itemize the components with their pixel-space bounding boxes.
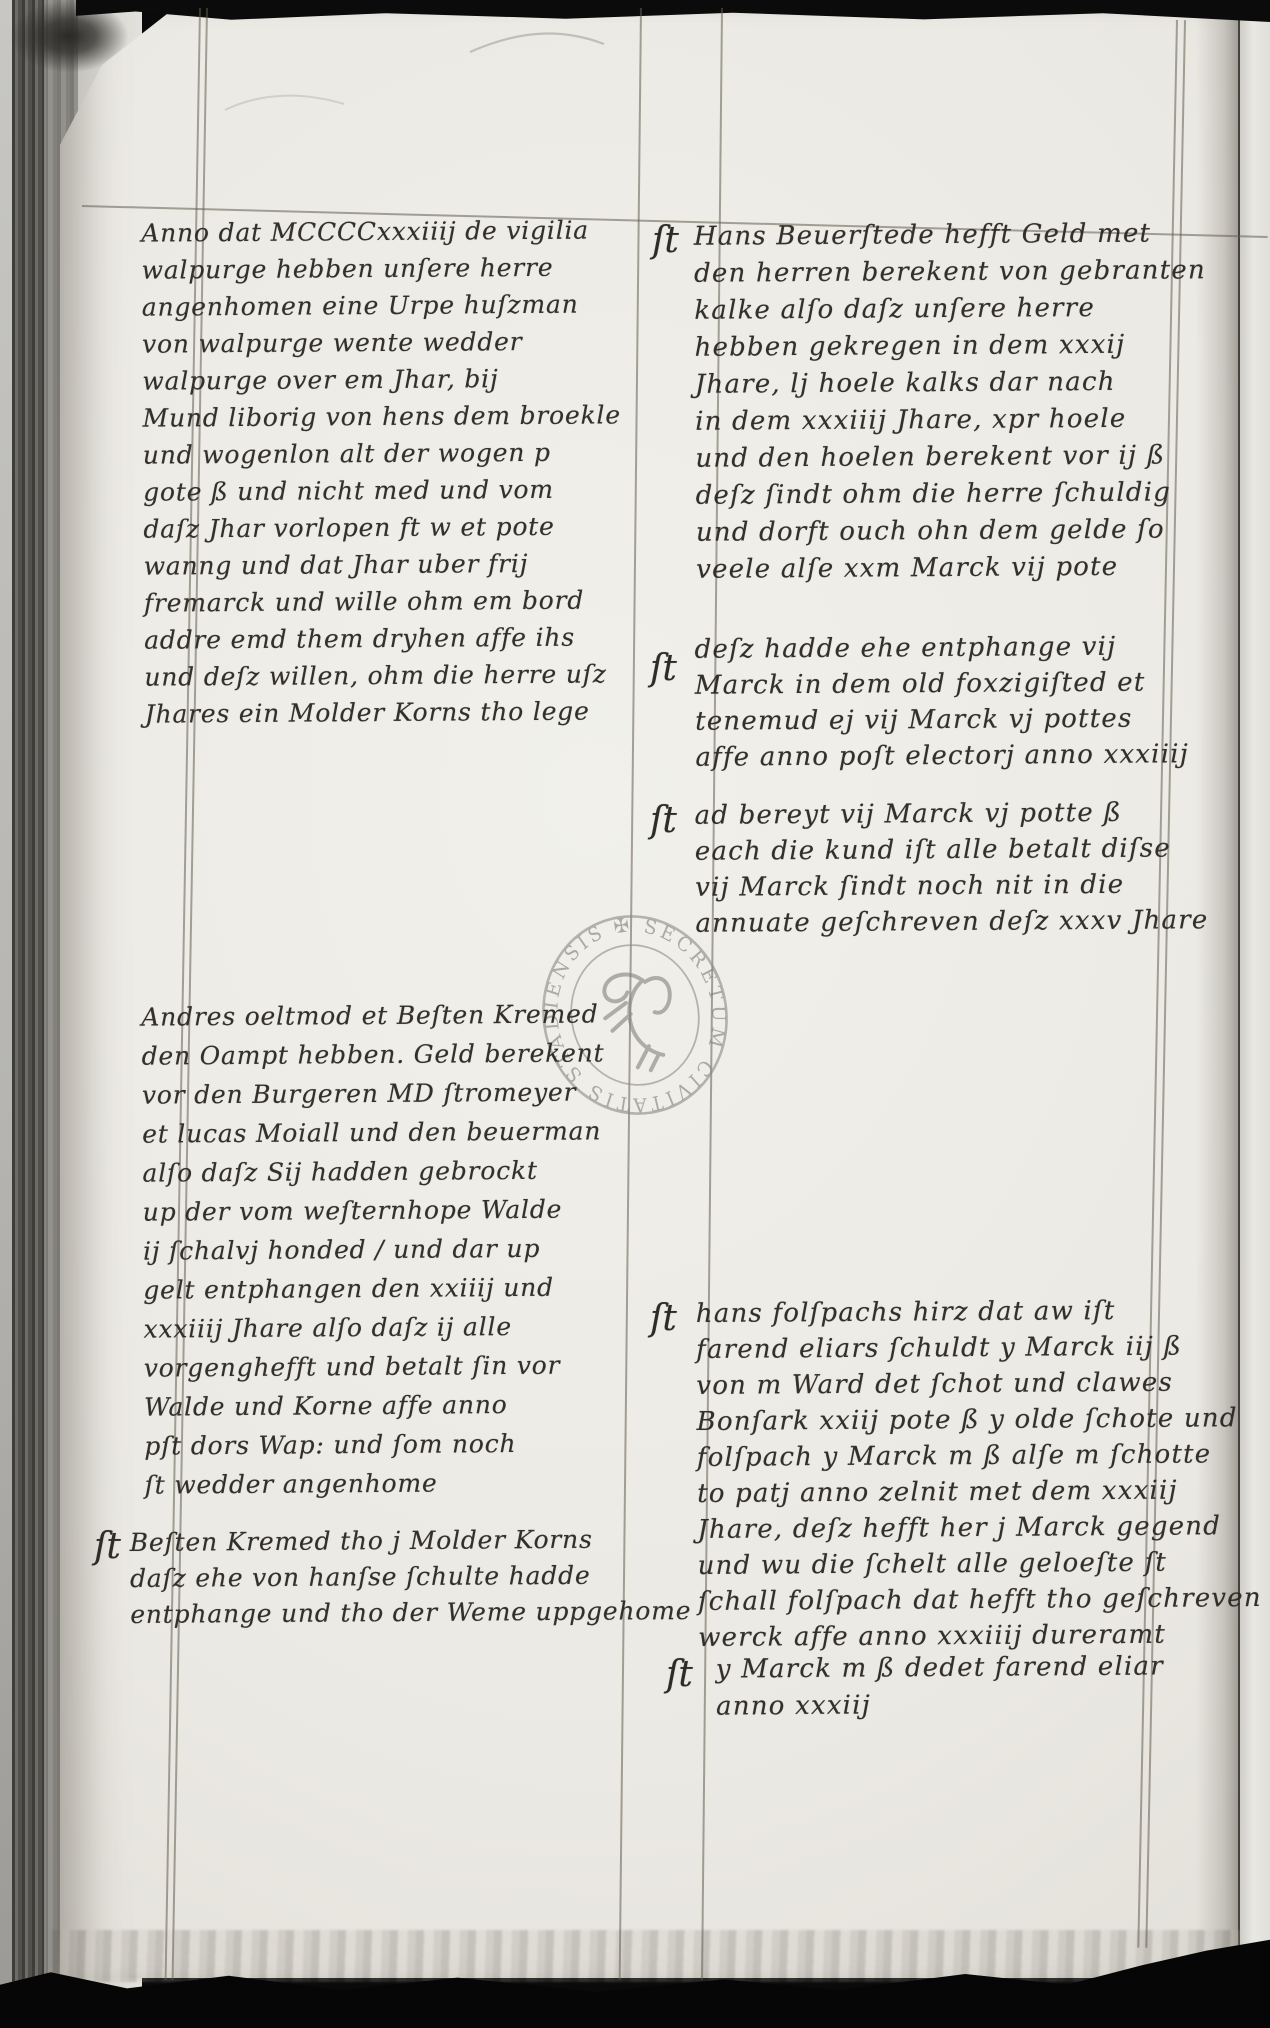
text-line: Marck in dem old foxzigiſted et [695, 664, 1189, 703]
text-line: Jhare, lj hoele kalks dar nach [695, 363, 1207, 404]
text-line: xxxiiij Jhare alſo daſz ij alle [143, 1306, 606, 1348]
item-mark: ſt [650, 1298, 676, 1339]
text-line: gote ß und nicht med und vom [143, 470, 622, 510]
text-line: farend eliars ſchuldt y Marck iij ß [696, 1328, 1260, 1368]
text-line: Jhare, deſz hefft her j Marck gegend [697, 1508, 1261, 1548]
text-line: veele alſe xxm Marck vij pote [696, 548, 1208, 589]
text-line: den herren berekent von gebranten [694, 252, 1206, 293]
entry-left-1: Anno dat MCCCCxxxiiij de vigiliawalpurge… [141, 211, 623, 732]
text-line: kalke alſo daſz unſere herre [694, 289, 1206, 330]
text-line: Bonſark xxiij pote ß y olde ſchote und [697, 1400, 1261, 1440]
text-line: und wogenlon alt der wogen p [143, 433, 622, 473]
text-line: walpurge hebben unſere herre [141, 248, 620, 288]
text-line: und den hoelen berekent vor ij ß [695, 437, 1207, 478]
item-mark: ſt [666, 1654, 692, 1695]
text-line: Anno dat MCCCCxxxiiij de vigilia [141, 211, 620, 251]
text-line: Beſten Kremed tho j Molder Korns [130, 1521, 691, 1561]
text-line: in dem xxxiiij Jhare, xpr hoele [695, 400, 1207, 441]
text-line: hebben gekregen in dem xxxij [694, 326, 1206, 367]
text-line: to patj anno zelnit met dem xxxiij [697, 1472, 1261, 1512]
entry-left-2: Andres oeltmod et Beſten Kremedden Oampt… [141, 994, 607, 1504]
text-line: y Marck m ß dedet farend eliar [716, 1648, 1164, 1688]
entry-right-4: hans folſpachs hirz dat aw iſtfarend eli… [696, 1292, 1262, 1656]
entry-left-3: Beſten Kremed tho j Molder Kornsdaſz ehe… [130, 1521, 692, 1633]
text-line: fremarck und wille ohm em bord [144, 581, 623, 621]
text-line: alſo daſz Sij hadden gebrockt [142, 1150, 605, 1192]
text-line: affe anno poſt electorj anno xxxiiij [695, 736, 1189, 775]
text-line: et lucas Moiall und den beuerman [142, 1111, 605, 1153]
entry-right-1: Hans Beuerſtede hefft Geld metden herren… [694, 215, 1208, 589]
text-line: tenemud ej vij Marck vj pottes [695, 700, 1189, 739]
bottom-page-edges [52, 1930, 1240, 1982]
text-line: deſz hadde ehe entphange vij [695, 628, 1189, 667]
item-mark: ſt [652, 220, 678, 261]
text-line: Walde und Korne affe anno [144, 1384, 607, 1426]
text-line: walpurge over em Jhar, bij [142, 359, 621, 399]
text-line: von m Ward det ſchot und clawes [696, 1364, 1260, 1404]
text-line: wanng und dat Jhar uber frij [144, 544, 623, 584]
text-line: ad bereyt vij Marck vj potte ß [695, 794, 1208, 834]
text-line: und wu die ſchelt alle geloeſte ſt [698, 1544, 1262, 1584]
text-line: vorgenghefft und betalt ſin vor [144, 1345, 607, 1387]
text-line: gelt entphangen den xxiiij und [143, 1267, 606, 1309]
text-line: Andres oeltmod et Beſten Kremed [141, 994, 604, 1036]
text-line: ſchall folſpach dat hefft tho geſchreven [698, 1580, 1262, 1620]
text-line: deſz ſindt ohm die herre ſchuldig [696, 474, 1208, 515]
text-line: ſt wedder angenhome [145, 1462, 608, 1504]
seal-lion [596, 964, 687, 1078]
text-line: folſpach y Marck m ß alſe m ſchotte [697, 1436, 1261, 1476]
text-line: annuate geſchreven deſz xxxv Jhare [695, 902, 1208, 942]
text-line: daſz Jhar vorlopen ft w et pote [143, 507, 622, 547]
text-line: und dorft ouch ohn dem gelde ſo [696, 511, 1208, 552]
text-line: addre emd them dryhen affe ihs [144, 618, 623, 658]
text-line: von walpurge wente wedder [142, 322, 621, 362]
text-line: anno xxxiij [716, 1685, 1164, 1725]
text-line: daſz ehe von hanſse ſchulte hadde [130, 1557, 691, 1597]
entry-right-3: ad bereyt vij Marck vj potte ßeach die k… [695, 794, 1209, 942]
text-line: Jhares ein Molder Korns tho lege [145, 692, 624, 732]
manuscript-photo: ✠ SECRETUM CIVITATIS STADIENSIS Anno dat… [0, 0, 1270, 2028]
text-line: angenhomen eine Urpe huſzman [142, 285, 621, 325]
binding-edge [12, 0, 46, 1994]
text-line: hans folſpachs hirz dat aw iſt [696, 1292, 1260, 1332]
next-page-edge [1240, 0, 1270, 2028]
text-line: den Oampt hebben. Geld berekent [142, 1033, 605, 1075]
item-mark: ſt [94, 1526, 120, 1567]
text-line: vor den Burgeren MD ſtromeyer [142, 1072, 605, 1114]
text-line: up der vom weſternhope Walde [143, 1189, 606, 1231]
text-line: und deſz willen, ohm die herre uſz [144, 655, 623, 695]
item-mark: ſt [650, 648, 676, 689]
text-line: vij Marck ſindt noch nit in die [695, 866, 1208, 906]
entry-right-2: deſz hadde ehe entphange vijMarck in dem… [695, 628, 1190, 775]
item-mark: ſt [650, 800, 676, 841]
text-line: ij ſchalvj honded / und dar up [143, 1228, 606, 1270]
entry-right-5: y Marck m ß dedet farend eliaranno xxxii… [716, 1648, 1164, 1725]
text-line: Hans Beuerſtede hefft Geld met [694, 215, 1206, 256]
text-line: entphange und tho der Weme uppgehome [130, 1593, 691, 1633]
text-line: pſt dors Wap: und ſom noch [144, 1423, 607, 1465]
text-line: Mund liborig von hens dem broekle [142, 396, 621, 436]
text-line: each die kund iſt alle betalt diſse [695, 830, 1208, 870]
